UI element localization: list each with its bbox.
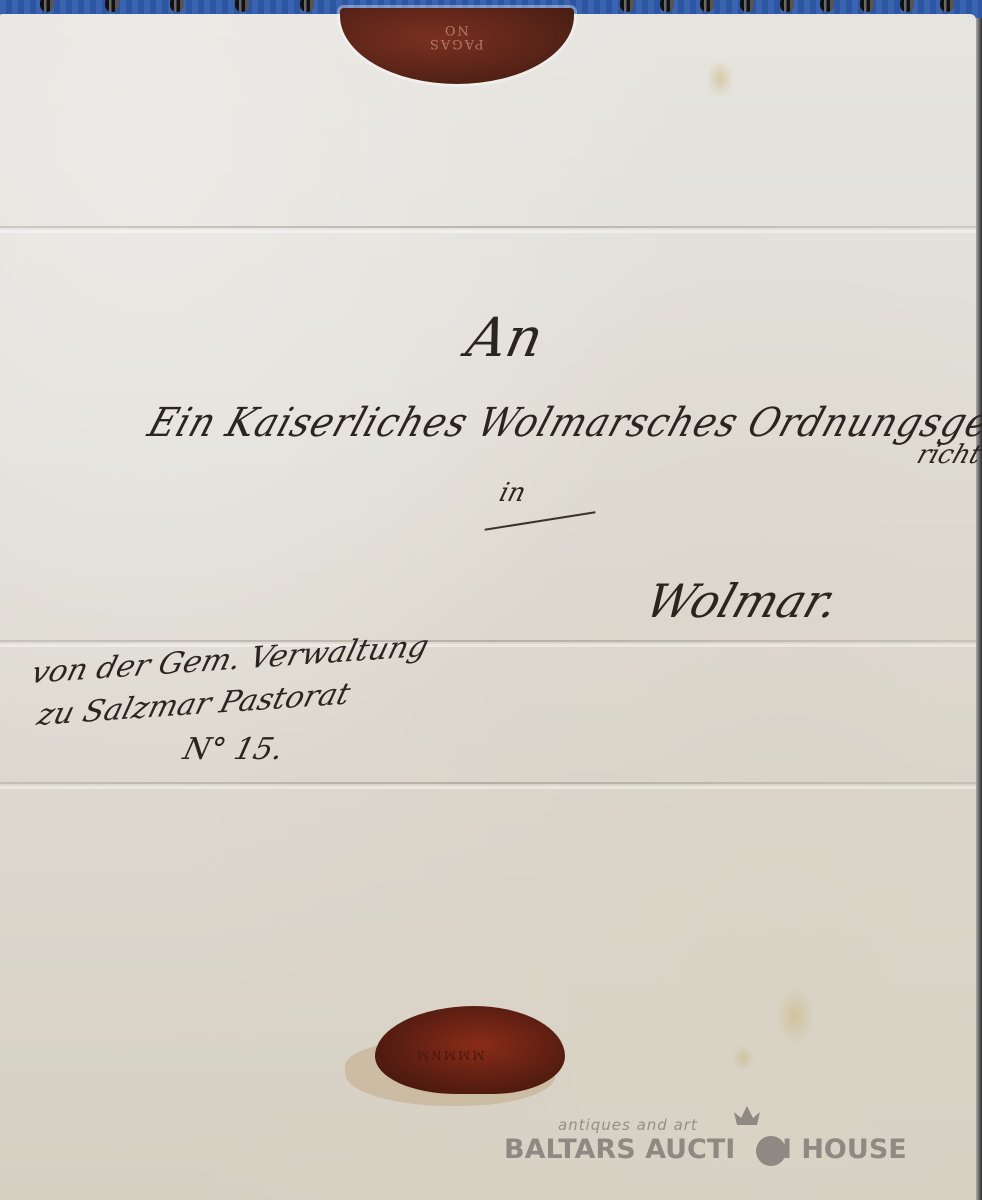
binder-ring	[105, 0, 119, 12]
watermark-name-part1: BALTARS AUCTI	[504, 1134, 735, 1165]
watermark-name-part2: N HOUSE	[769, 1134, 906, 1165]
addressee-line-continuation: richt	[913, 440, 982, 470]
watermark-tagline: antiques and art	[558, 1116, 698, 1134]
binder-ring	[40, 0, 54, 12]
fold-line	[0, 226, 976, 228]
binder-ring	[660, 0, 674, 12]
seal-text-line1: PAGAS	[428, 36, 484, 50]
seal-stamp-text: PAGAS NO	[428, 22, 484, 50]
paper-stain	[706, 60, 734, 98]
binder-ring	[900, 0, 914, 12]
binder-ring	[940, 0, 954, 12]
addressee-line: Ein Kaiserliches Wolmarsches Ordnungsge-	[143, 400, 982, 446]
binder-ring	[700, 0, 714, 12]
binder-ring	[820, 0, 834, 12]
fold-highlight	[0, 230, 976, 233]
binder-ring	[780, 0, 794, 12]
fold-line	[0, 782, 976, 784]
fold-highlight	[0, 786, 976, 789]
binder-ring	[300, 0, 314, 12]
binder-ring	[170, 0, 184, 12]
binder-ring	[860, 0, 874, 12]
paper-stain	[775, 986, 815, 1046]
paper-stain	[732, 1044, 754, 1072]
seal-stamp-text: MMMNM	[415, 1048, 485, 1062]
salutation: An	[461, 306, 548, 369]
seal-text-line2: NO	[428, 22, 484, 36]
logo-ball-icon	[756, 1136, 786, 1166]
auction-house-watermark: antiques and art BALTARS AUCTIN HOUSE	[504, 1116, 904, 1176]
document-number: N° 15.	[180, 732, 287, 767]
binder-ring	[235, 0, 249, 12]
binder-ring	[620, 0, 634, 12]
destination-city: Wolmar.	[639, 574, 846, 628]
fold-highlight	[0, 644, 976, 647]
wax-seal-bottom: MMMNM	[345, 1000, 565, 1108]
crown-icon	[732, 1104, 762, 1126]
binder-ring	[740, 0, 754, 12]
watermark-name: BALTARS AUCTIN HOUSE	[504, 1134, 907, 1165]
fold-line	[0, 640, 976, 642]
